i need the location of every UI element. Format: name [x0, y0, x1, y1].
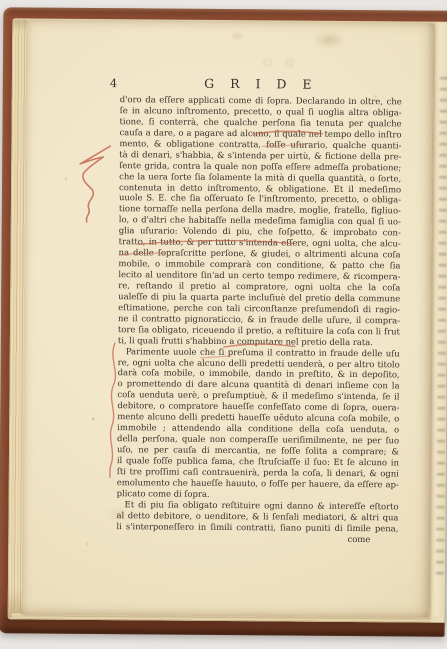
running-header: G R I D E [120, 76, 402, 92]
text-line: li s'interponeſſero in ſimili contratti,… [116, 522, 398, 535]
text-line: come [116, 533, 398, 546]
text-block: d'oro da eſſere applicati come di ſopra.… [116, 95, 402, 546]
book-page: D O 4 G R I D E d'oro da eſſere applicat… [22, 20, 434, 617]
next-leaf-ghost-text [436, 77, 447, 579]
book-cover: D O 4 G R I D E d'oro da eſſere applicat… [0, 7, 447, 636]
red-wavy-margin-line [110, 343, 116, 477]
page-block: D O 4 G R I D E d'oro da eſſere applicat… [8, 18, 447, 622]
show-through-ghost: D O [221, 56, 331, 70]
page-number: 4 [110, 77, 117, 90]
photo-of-book-page: { "document": { "page_number": "4", "run… [0, 0, 447, 649]
red-flourish-mark [80, 146, 111, 222]
